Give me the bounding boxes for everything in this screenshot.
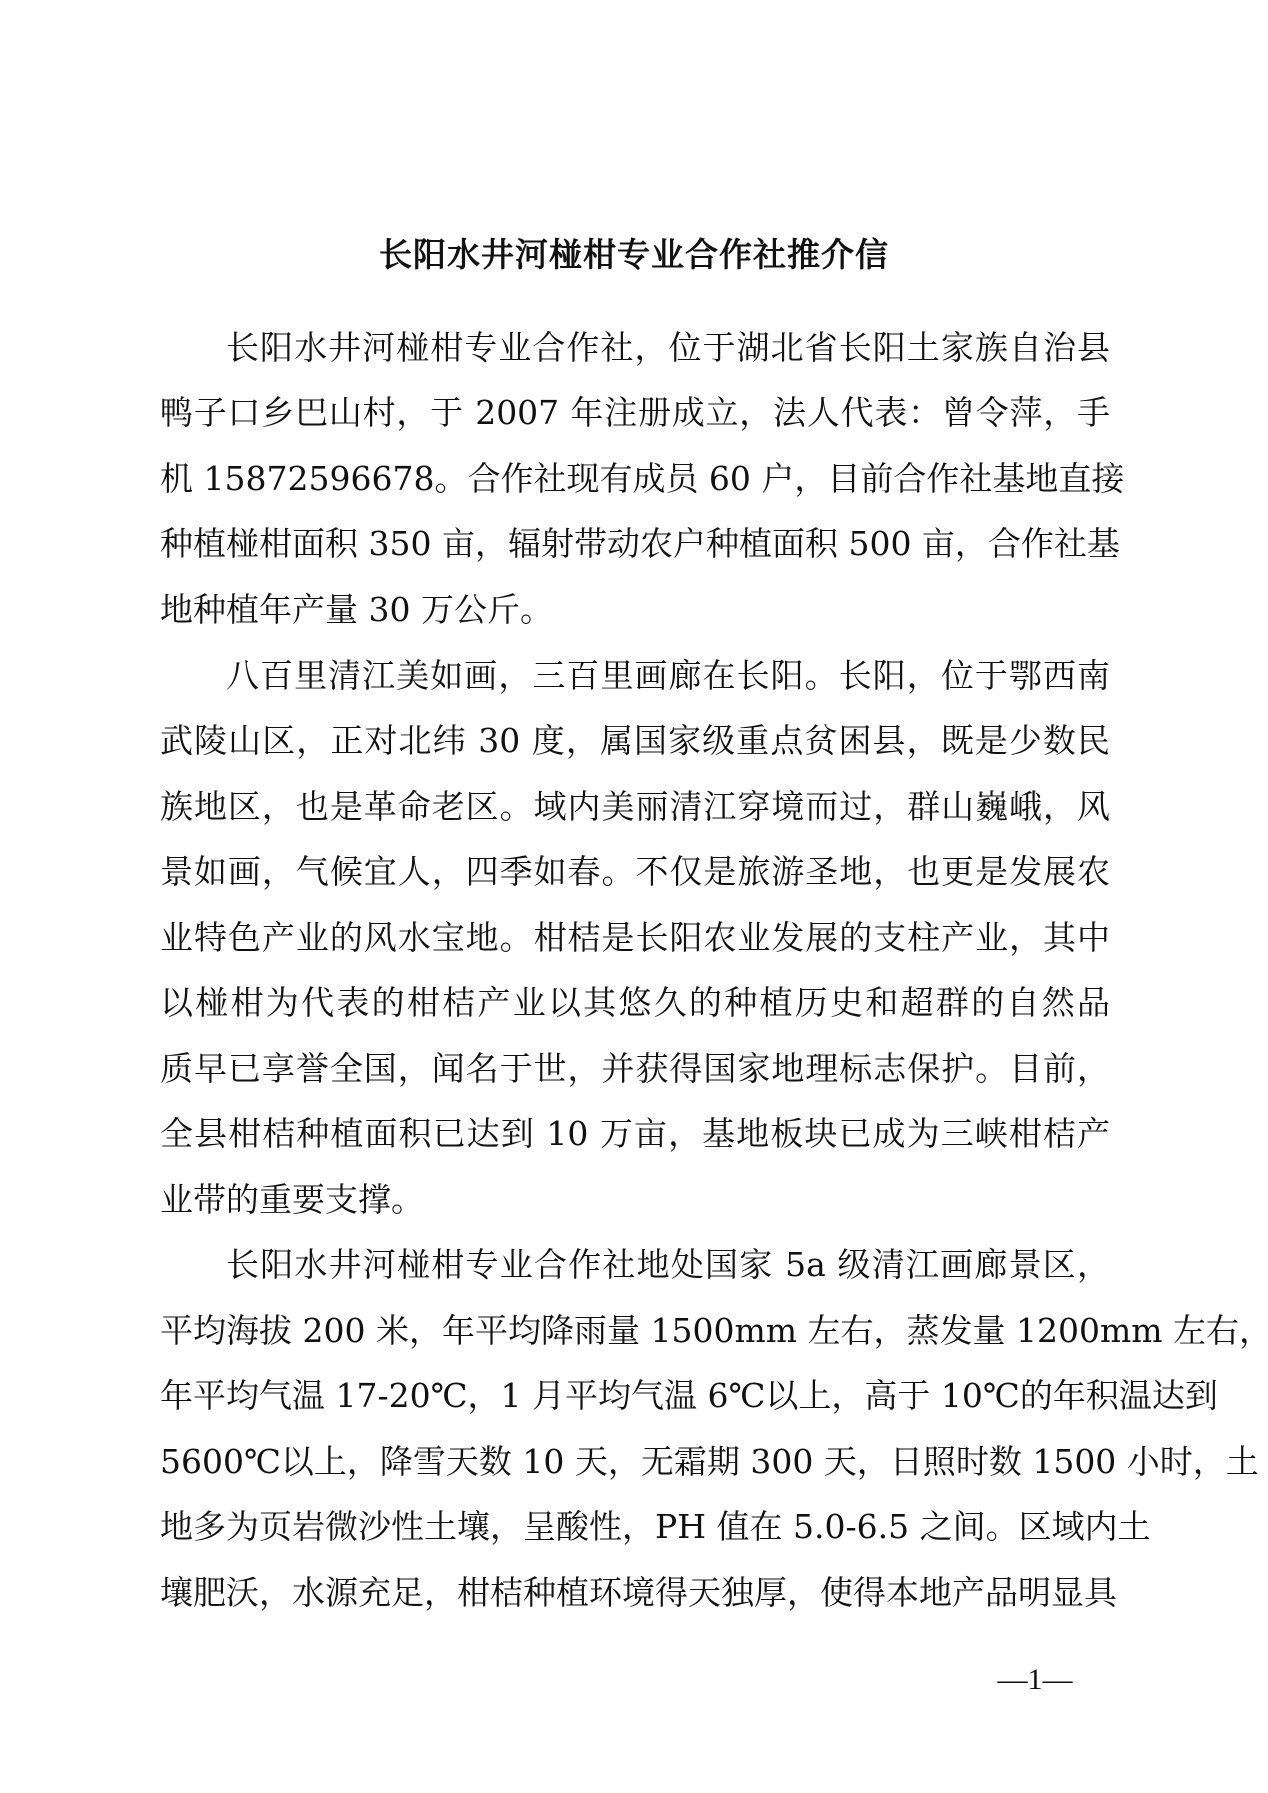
paragraph-3-line-3: 年平均气温 17-20℃，1 月平均气温 6℃以上，高于 10℃的年积温达到 [160, 1376, 1110, 1416]
page-number: —1— [990, 1663, 1080, 1697]
paragraph-2-line-9: 业带的重要支撑。 [160, 1180, 1110, 1220]
paragraph-3-line-5: 地多为页岩微沙性土壤，呈酸性，PH 值在 5.0-6.5 之间。区域内土 [160, 1507, 1110, 1547]
paragraph-1-line-1: 长阳水井河椪柑专业合作社，位于湖北省长阳土家族自治县 [226, 328, 1110, 368]
paragraph-1-line-3: 机 15872596678。合作社现有成员 60 户，目前合作社基地直接 [160, 459, 1110, 499]
paragraph-2-line-2: 武陵山区，正对北纬 30 度，属国家级重点贫困县，既是少数民 [160, 721, 1110, 761]
paragraph-2-line-5: 业特色产业的风水宝地。柑桔是长阳农业发展的支柱产业，其中 [160, 918, 1110, 958]
paragraph-2-line-4: 景如画，气候宜人，四季如春。不仅是旅游圣地，也更是发展农 [160, 852, 1110, 892]
paragraph-3-line-2: 平均海拔 200 米，年平均降雨量 1500mm 左右，蒸发量 1200mm 左… [160, 1311, 1110, 1351]
paragraph-1-line-5: 地种植年产量 30 万公斤。 [160, 590, 1110, 630]
paragraph-2-line-1: 八百里清江美如画，三百里画廊在长阳。长阳，位于鄂西南 [226, 656, 1110, 696]
paragraph-3-line-1: 长阳水井河椪柑专业合作社地处国家 5a 级清江画廊景区， [226, 1245, 1110, 1285]
paragraph-3-line-6: 壤肥沃，水源充足，柑桔种植环境得天独厚，使得本地产品明显具 [160, 1573, 1110, 1613]
document-body: 长阳水井河椪柑专业合作社，位于湖北省长阳土家族自治县 鸭子口乡巴山村，于 200… [0, 0, 1268, 1793]
document-page: 长阳水井河椪柑专业合作社推介信 长阳水井河椪柑专业合作社，位于湖北省长阳土家族自… [0, 0, 1268, 1793]
paragraph-1-line-4: 种植椪柑面积 350 亩，辐射带动农户种植面积 500 亩，合作社基 [160, 524, 1110, 564]
paragraph-2-line-3: 族地区，也是革命老区。域内美丽清江穿境而过，群山巍峨，风 [160, 787, 1110, 827]
paragraph-2-line-7: 质早已享誉全国，闻名于世，并获得国家地理标志保护。目前， [160, 1049, 1110, 1089]
paragraph-1-line-2: 鸭子口乡巴山村，于 2007 年注册成立，法人代表：曾令萍，手 [160, 393, 1110, 433]
paragraph-3-line-4: 5600℃以上，降雪天数 10 天，无霜期 300 天，日照时数 1500 小时… [160, 1442, 1110, 1482]
paragraph-2-line-8: 全县柑桔种植面积已达到 10 万亩，基地板块已成为三峡柑桔产 [160, 1114, 1110, 1154]
paragraph-2-line-6: 以椪柑为代表的柑桔产业以其悠久的种植历史和超群的自然品 [160, 983, 1110, 1023]
